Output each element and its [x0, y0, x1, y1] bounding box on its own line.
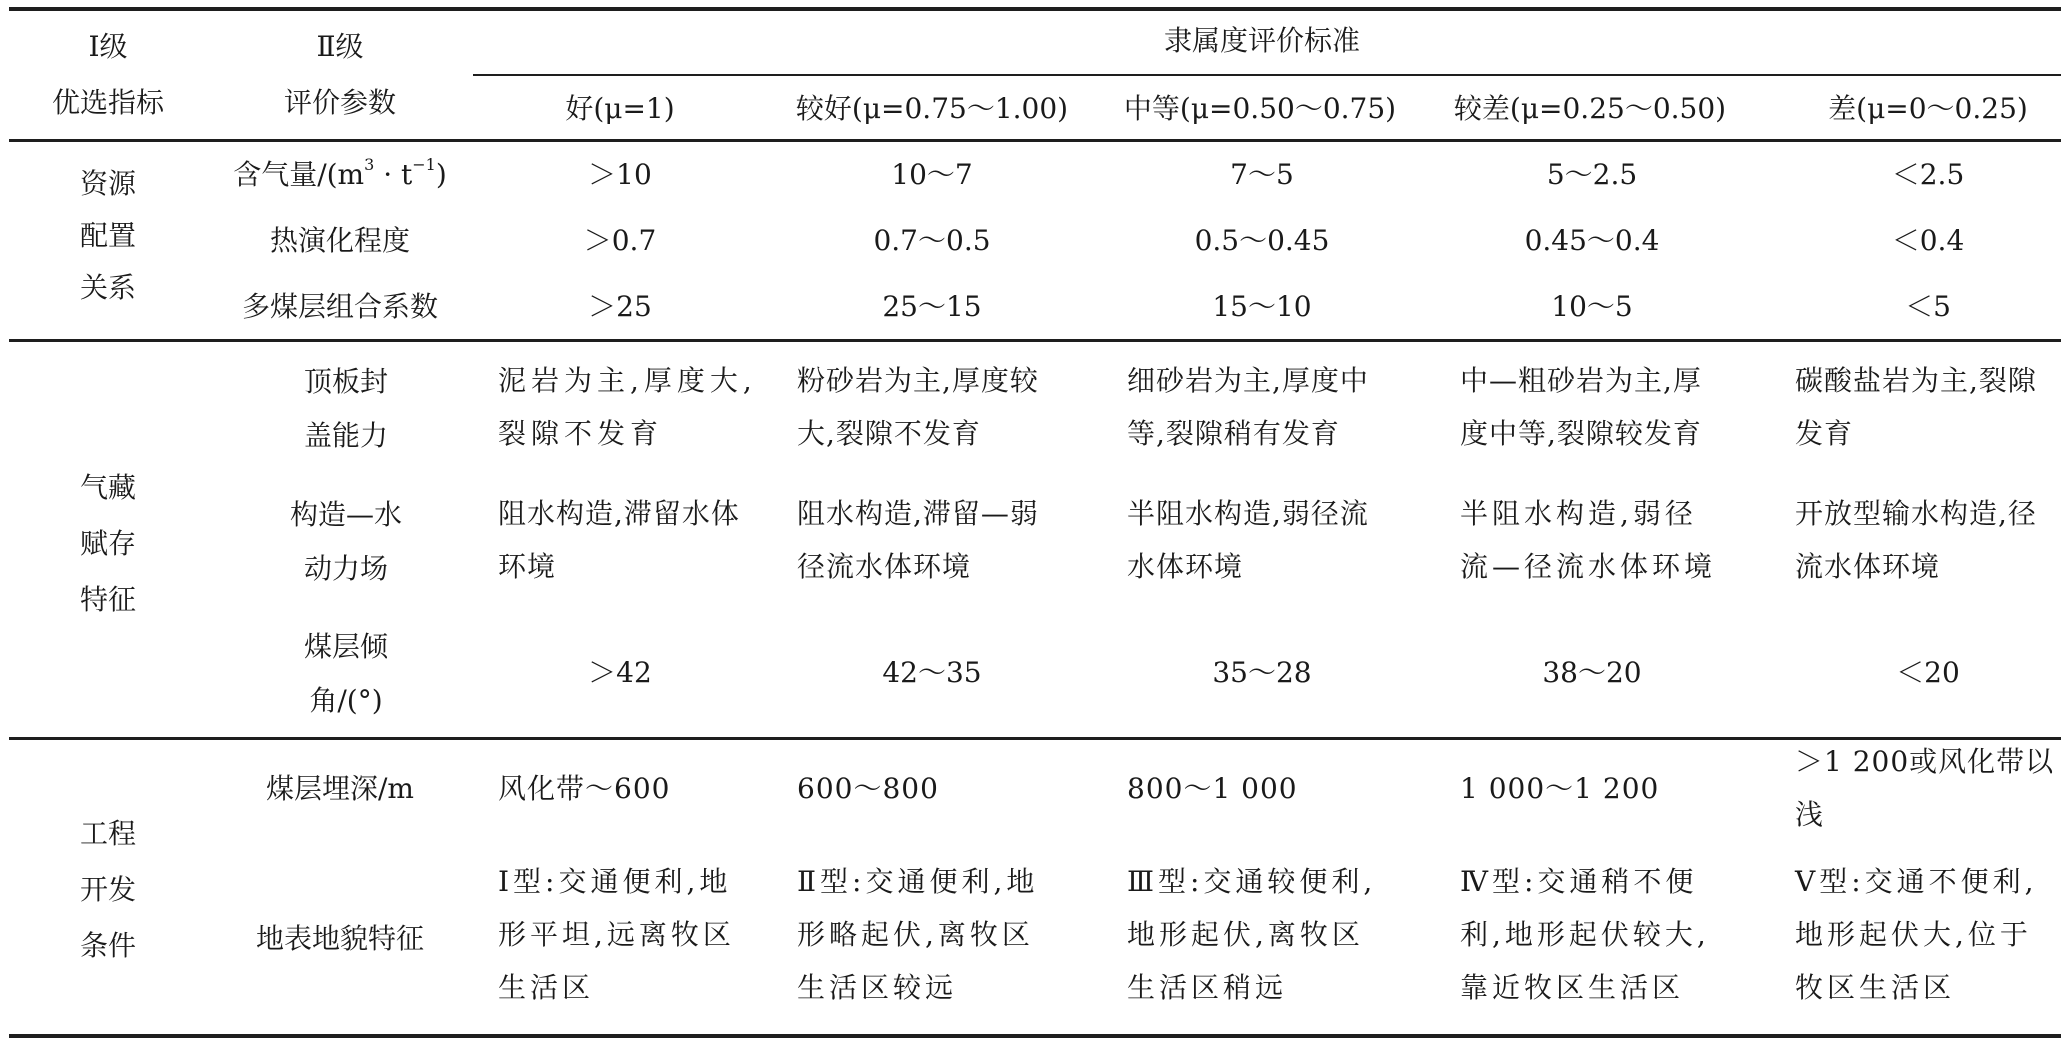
param-line: 动力场 [290, 542, 402, 596]
param-text: 含气量/(m [233, 158, 364, 191]
section-rule-2 [9, 737, 2061, 740]
table-cell: ＞1 200或风化带以浅 [1795, 735, 2060, 841]
param-sup: −1 [412, 155, 436, 174]
table-cell: 0.5～0.45 [1195, 224, 1330, 258]
param-seam-dip: 煤层倾 角/(°) [304, 620, 388, 728]
header-level2-line2: 评价参数 [284, 86, 396, 120]
table-cell: ＞10 [588, 158, 652, 192]
section-label-engineering: 工程 开发 条件 [80, 806, 136, 974]
param-text: · t [374, 158, 412, 191]
table-cell: 泥岩为主,厚度大,裂隙不发育 [498, 354, 768, 460]
table-cell: 35～28 [1212, 656, 1311, 690]
table-cell: 7～5 [1230, 158, 1294, 192]
group-header-rule [473, 74, 2061, 76]
param-text: ) [436, 158, 447, 191]
param-structure-hydrodynamics: 构造—水 动力场 [290, 488, 402, 596]
table-cell: 风化带～600 [498, 762, 763, 815]
table-cell: ＞42 [588, 656, 652, 690]
table-cell: Ⅳ型:交通稍不便利,地形起伏较大,靠近牧区生活区 [1460, 855, 1725, 1014]
table-cell: 38～20 [1542, 656, 1641, 690]
param-line: 角/(°) [304, 674, 388, 728]
table-cell: 0.45～0.4 [1525, 224, 1660, 258]
table-cell: 阻水构造,滞留水体环境 [498, 487, 763, 593]
param-roof-sealing: 顶板封 盖能力 [304, 355, 388, 463]
header-grade-good: 好(μ=1) [565, 92, 674, 126]
param-line: 盖能力 [304, 409, 388, 463]
table-cell: 10～7 [891, 158, 972, 192]
table-cell: 碳酸盐岩为主,裂隙发育 [1795, 354, 2060, 460]
table-cell: 15～10 [1212, 290, 1311, 324]
table-cell: 10～5 [1551, 290, 1632, 324]
table-cell: ＜0.4 [1892, 224, 1965, 258]
header-level1-line2: 优选指标 [52, 86, 164, 120]
section-label-line: 赋存 [80, 516, 136, 572]
section-label-line: 工程 [80, 806, 136, 862]
section-label-line: 关系 [80, 262, 136, 314]
section-label-reservoir: 气藏 赋存 特征 [80, 460, 136, 628]
param-line: 煤层倾 [304, 620, 388, 674]
header-grade-fairly-poor: 较差(μ=0.25～0.50) [1454, 92, 1726, 126]
table-cell: 细砂岩为主,厚度中等,裂隙稍有发育 [1127, 354, 1392, 460]
table-cell: ＜2.5 [1892, 158, 1965, 192]
section-label-line: 配置 [80, 210, 136, 262]
table-cell: ＜5 [1905, 290, 1951, 324]
table-cell: Ⅰ型:交通便利,地形平坦,远离牧区生活区 [498, 855, 763, 1014]
header-level2-line1: Ⅱ级 [316, 30, 363, 64]
section-label-line: 特征 [80, 572, 136, 628]
param-line: 构造—水 [290, 488, 402, 542]
table-top-rule [9, 7, 2061, 11]
param-multi-seam-coefficient: 多煤层组合系数 [242, 290, 438, 324]
table-cell: 半阻水构造,弱径流水体环境 [1127, 487, 1392, 593]
table-cell: 42～35 [882, 656, 981, 690]
param-line: 顶板封 [304, 355, 388, 409]
table-cell: 阻水构造,滞留—弱径流水体环境 [797, 487, 1062, 593]
header-grade-fairly-good: 较好(μ=0.75～1.00) [796, 92, 1068, 126]
table-cell: Ⅲ型:交通较便利,地形起伏,离牧区生活区稍远 [1127, 855, 1392, 1014]
param-gas-content: 含气量/(m3 · t−1) [233, 158, 447, 192]
table-cell: 25～15 [882, 290, 981, 324]
table-cell: Ⅱ型:交通便利,地形略起伏,离牧区生活区较远 [797, 855, 1062, 1014]
table-cell: ＞25 [588, 290, 652, 324]
param-seam-burial-depth: 煤层埋深/m [266, 772, 414, 806]
param-surface-landform: 地表地貌特征 [256, 922, 424, 956]
table-cell: 开放型输水构造,径流水体环境 [1795, 487, 2060, 593]
table-cell: 中—粗砂岩为主,厚度中等,裂隙较发育 [1460, 354, 1725, 460]
header-group-title: 隶属度评价标准 [1164, 24, 1360, 58]
table-cell: ＜20 [1896, 656, 1960, 690]
table-cell: 0.7～0.5 [873, 224, 990, 258]
param-thermal-evolution: 热演化程度 [270, 224, 410, 258]
header-bottom-rule [9, 139, 2061, 142]
section-label-resource: 资源 配置 关系 [80, 158, 136, 314]
section-label-line: 资源 [80, 158, 136, 210]
header-grade-medium: 中等(μ=0.50～0.75) [1124, 92, 1396, 126]
section-label-line: 气藏 [80, 460, 136, 516]
table-cell: ＞0.7 [584, 224, 657, 258]
table-cell: Ⅴ型:交通不便利,地形起伏大,位于牧区生活区 [1795, 855, 2060, 1014]
table-cell: 800～1 000 [1127, 762, 1392, 815]
table-cell: 600～800 [797, 762, 1062, 815]
table-cell: 粉砂岩为主,厚度较大,裂隙不发育 [797, 354, 1062, 460]
table-cell: 1 000～1 200 [1460, 762, 1725, 815]
table-cell: 5～2.5 [1547, 158, 1637, 192]
section-label-line: 条件 [80, 918, 136, 974]
table-bottom-rule [9, 1034, 2061, 1038]
table-cell: 半阻水构造,弱径流—径流水体环境 [1460, 487, 1725, 593]
header-grade-poor: 差(μ=0～0.25) [1828, 92, 2028, 126]
section-rule-1 [9, 339, 2061, 342]
param-sup: 3 [364, 155, 374, 174]
header-level1-line1: Ⅰ级 [88, 30, 127, 64]
section-label-line: 开发 [80, 862, 136, 918]
